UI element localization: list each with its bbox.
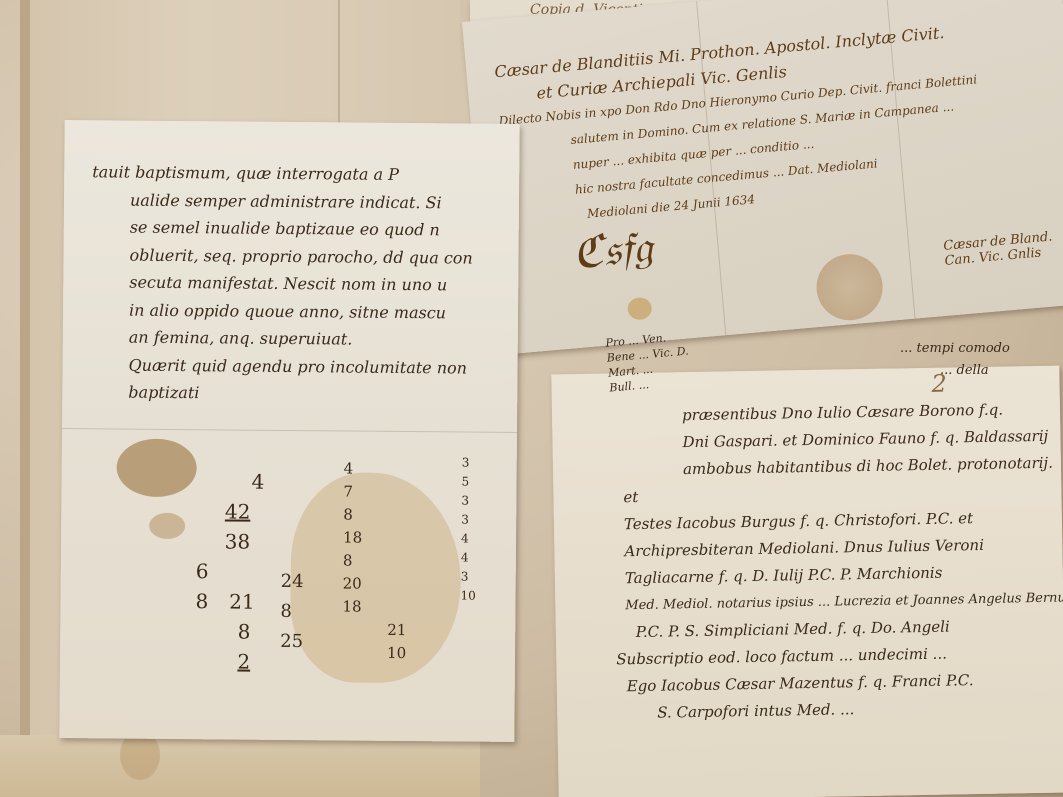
number-column: 4 42 38 6 8 21 8 2 <box>140 466 265 677</box>
flourish-signature: ℭ𝔰𝔣𝔤 <box>570 221 654 279</box>
background-edge <box>20 0 30 797</box>
line: se semel inualide baptizaue eo quod n <box>92 213 473 244</box>
number-column: 24 8 25 <box>280 567 304 657</box>
line: an femina, anq. superuiuat. <box>91 323 472 354</box>
top-letter-body: Cæsar de Blanditiis Mi. Prothon. Apostol… <box>493 18 986 234</box>
bottom-right-letter: 2 præsentibus Dno Iulio Cæsare Borono f.… <box>551 366 1063 797</box>
bottom-letter-body: præsentibus Dno Iulio Cæsare Borono f.q.… <box>602 395 1063 727</box>
left-letter-body: tauit baptismum, quæ interrogata a P ual… <box>90 158 473 409</box>
bottom-foreground-sheet <box>0 735 480 797</box>
line: obluerit, seq. proprio parocho, dd qua c… <box>91 241 472 272</box>
line: in alio oppido quoue anno, sitne mascu <box>91 296 472 327</box>
wax-seal <box>814 251 886 323</box>
right-edge-fragment: ... tempi comodo ... della <box>900 338 1010 382</box>
top-right-letter: Cæsar de Blanditiis Mi. Prothon. Apostol… <box>462 0 1063 356</box>
line: tauit baptismum, quæ interrogata a P <box>92 158 473 189</box>
number-column: 4 7 8 18 8 20 18 21 10 <box>342 457 408 665</box>
line: baptizati <box>90 378 471 409</box>
manuscript-photo: Copia d. Vicentio... 2 præsentibus Dno I… <box>0 0 1063 797</box>
line: ualide semper administrare indicat. Si <box>92 186 473 217</box>
signature-right: Cæsar de Bland. Can. Vic. Gnlis <box>943 229 1055 268</box>
stain-spot <box>627 297 653 321</box>
line: Quærit quid agendu pro incolumitate non <box>90 351 471 382</box>
line: secuta manifestat. Nescit nom in uno u <box>91 268 472 299</box>
background-fold <box>338 0 340 130</box>
number-column: 3 5 3 3 4 4 3 10 <box>460 454 477 606</box>
marginal-note: Pro ... Ven. Bene ... Vic. D. Mart. ... … <box>605 329 692 396</box>
left-letter: tauit baptismum, quæ interrogata a P ual… <box>59 120 519 742</box>
horizontal-fold <box>62 428 517 433</box>
